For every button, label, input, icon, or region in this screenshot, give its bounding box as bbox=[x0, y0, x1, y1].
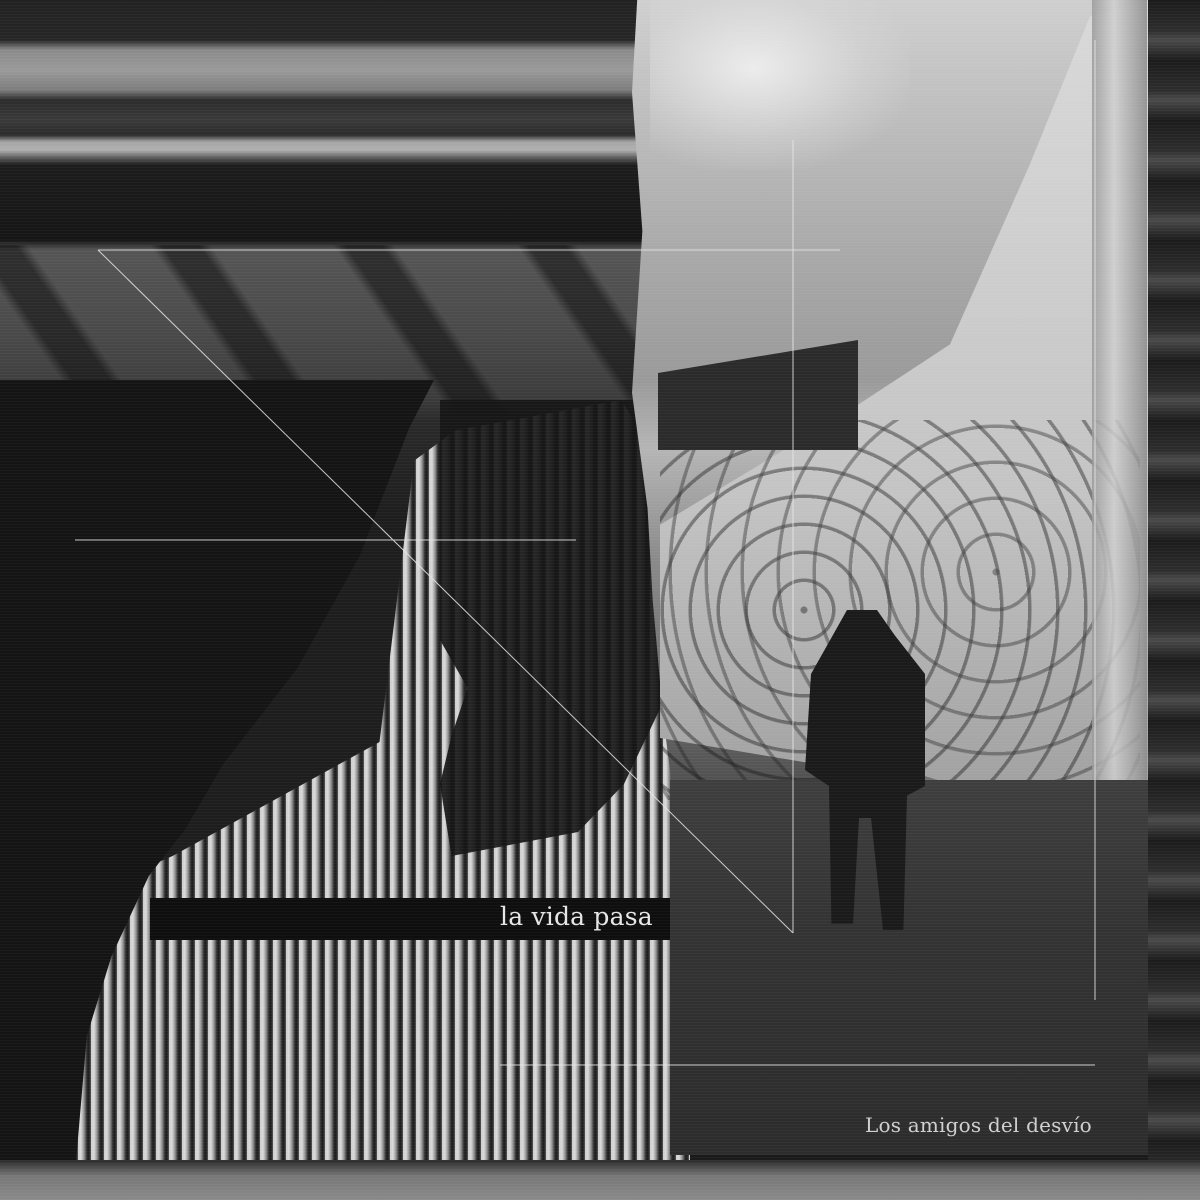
pillar bbox=[1092, 0, 1147, 880]
cloud bbox=[650, 0, 910, 170]
right-edge-strip bbox=[1148, 0, 1200, 1200]
album-cover: la vida pasa Los amigos del desvío bbox=[0, 0, 1200, 1200]
bottom-strip bbox=[0, 1160, 1200, 1200]
album-title: la vida pasa bbox=[500, 902, 653, 931]
alley-ground bbox=[670, 780, 1148, 1155]
artist-name: Los amigos del desvío bbox=[865, 1113, 1092, 1137]
